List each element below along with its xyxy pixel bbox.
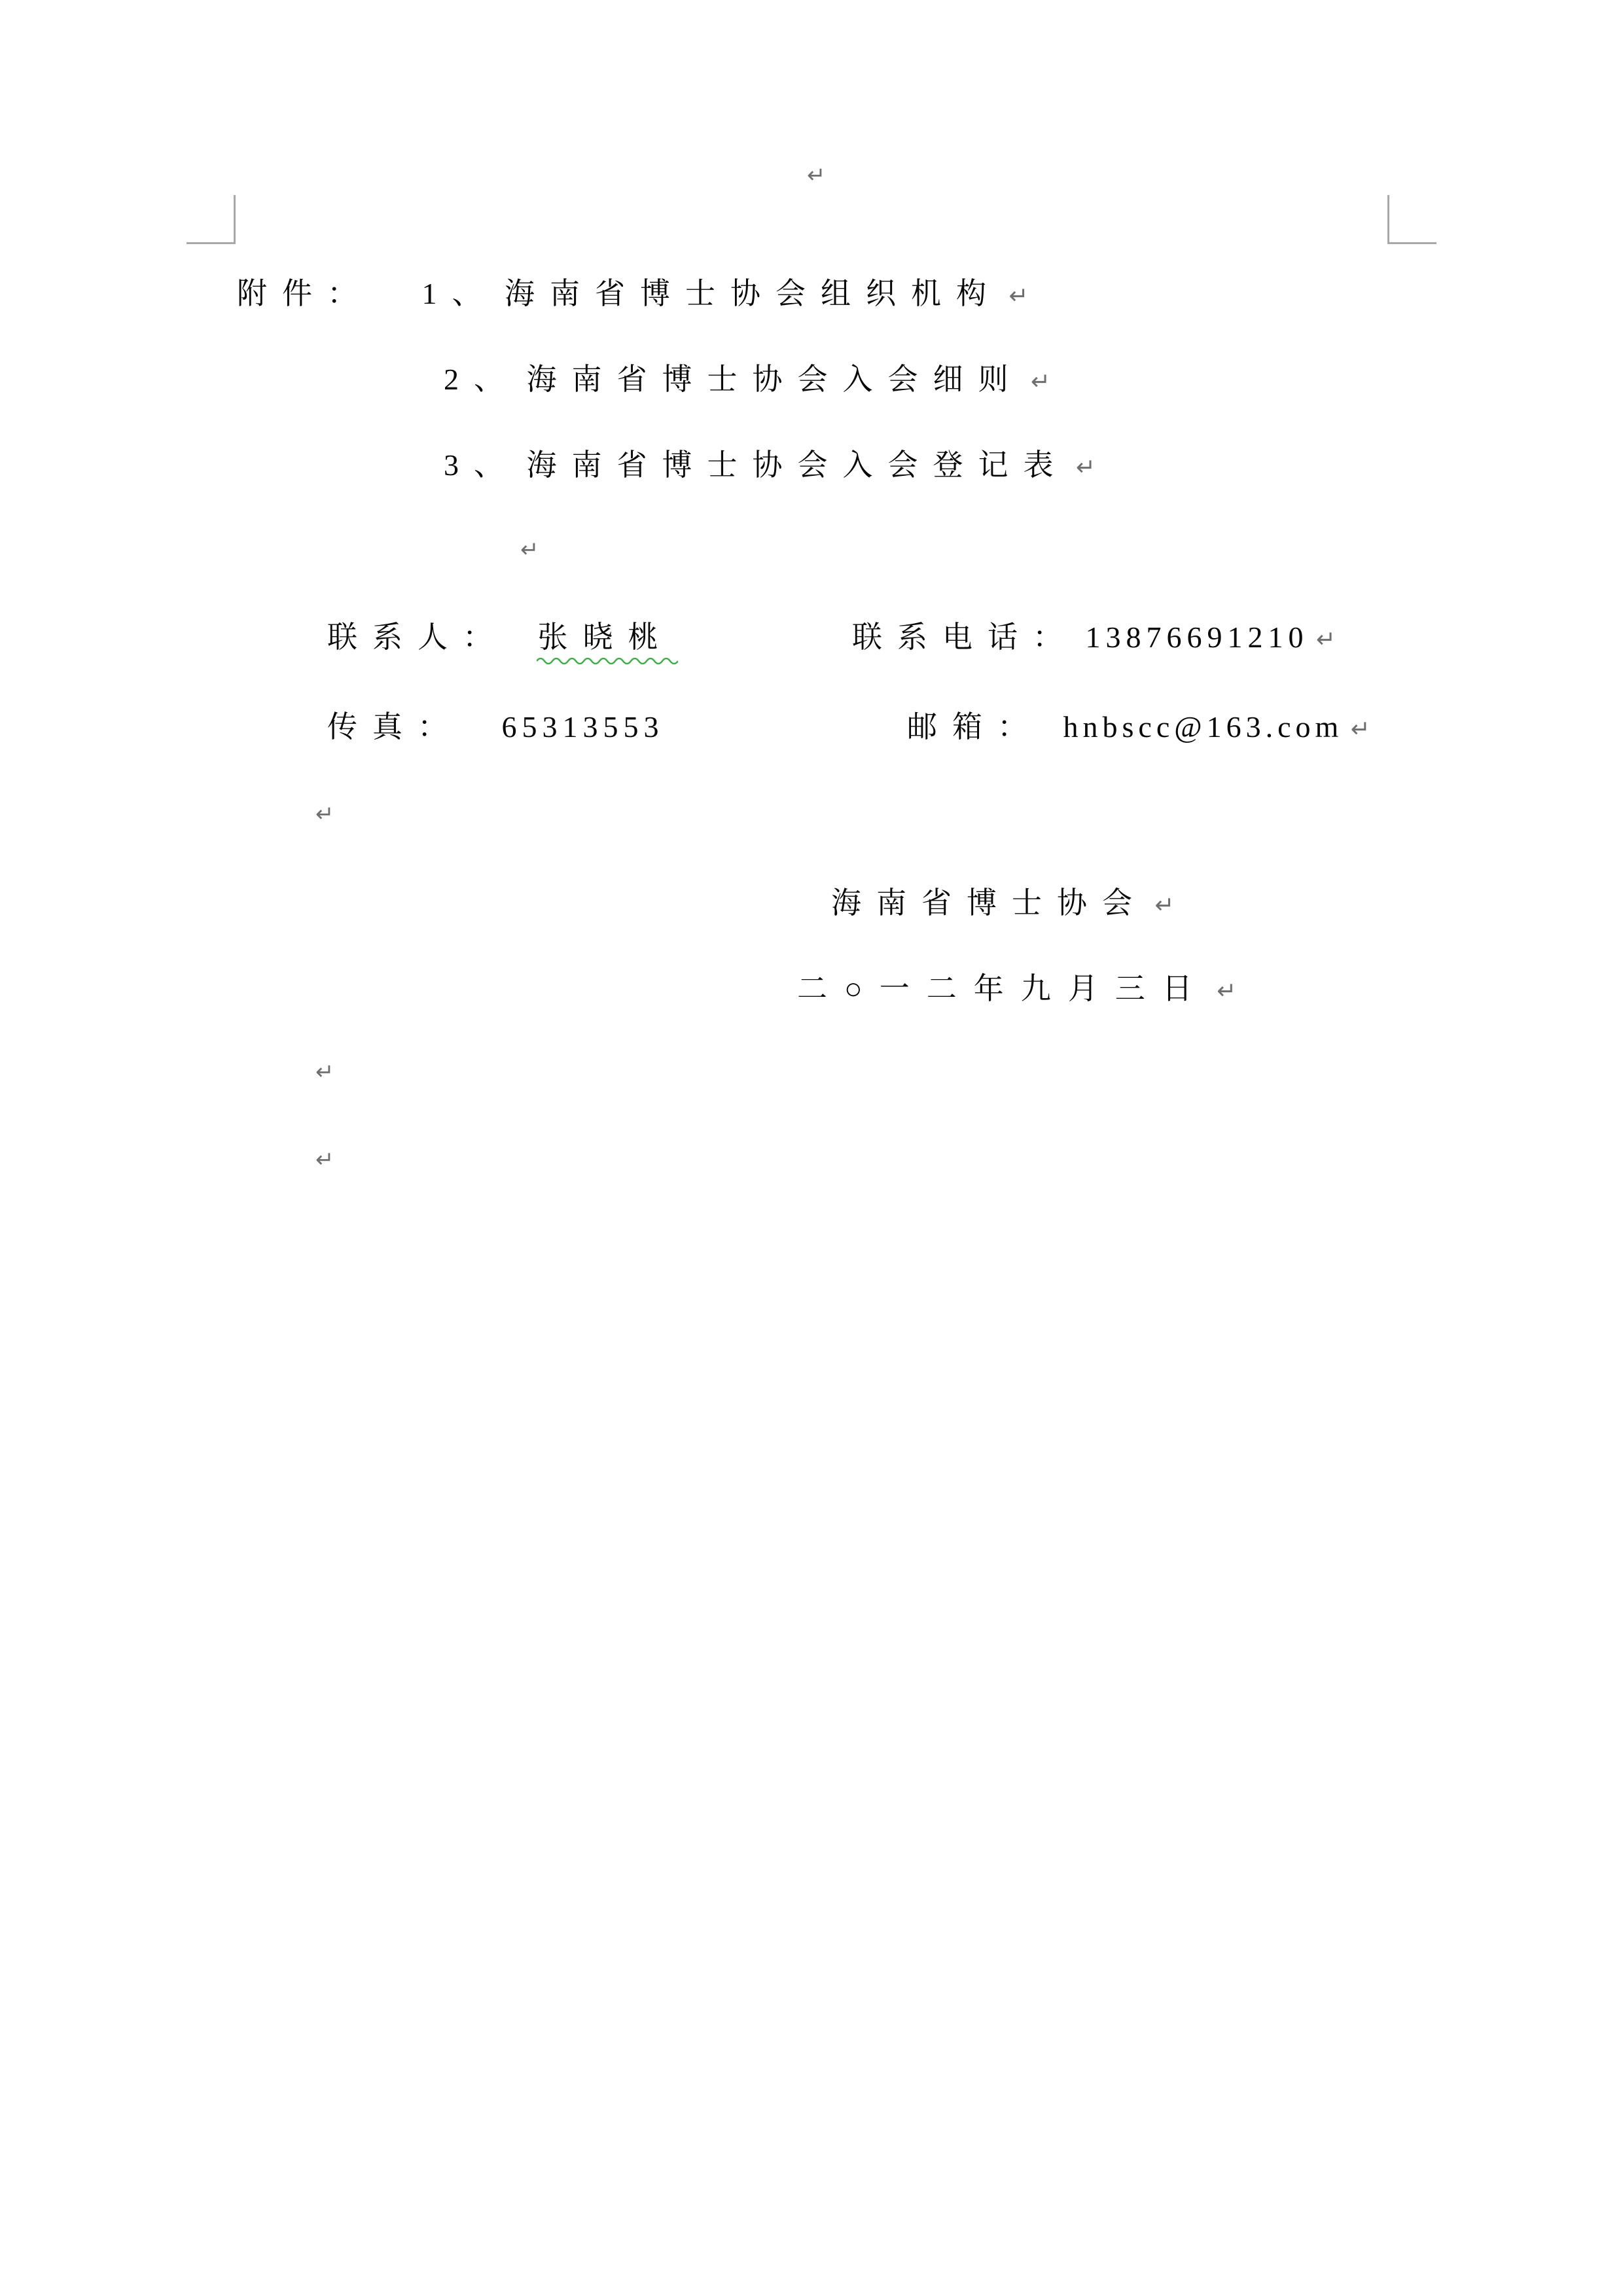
paragraph-mark: ↵ xyxy=(315,801,334,827)
attachments-label: 附件： xyxy=(237,275,372,313)
document-page: ↵ 附件： 1、 海南省博士协会组织机构 ↵ 2、 海南省博士协会入会细则 ↵ … xyxy=(0,0,1623,2296)
attachment-line-1: 附件： 1、 海南省博士协会组织机构 ↵ xyxy=(237,275,1029,315)
attachment-line-2: 2、 海南省博士协会入会细则 ↵ xyxy=(444,361,1050,401)
paragraph-mark: ↵ xyxy=(315,1059,334,1085)
line-break-mark: ↵ xyxy=(1351,716,1370,743)
signature-date-line: 二○一二年九月三日 ↵ xyxy=(797,970,1236,1011)
text-boundary-corner-top-left-icon xyxy=(187,195,236,244)
attachment-item-title: 海南省博士协会入会细则 xyxy=(527,361,1024,399)
contact-line-2: 传真： 65313553 邮箱： hnbscc@163.com ↵ xyxy=(327,708,1370,749)
line-break-mark: ↵ xyxy=(1009,283,1029,310)
paragraph-mark: ↵ xyxy=(315,1147,334,1173)
line-break-mark: ↵ xyxy=(1076,454,1096,481)
paragraph-mark: ↵ xyxy=(807,162,826,188)
contact-fax-number: 65313553 xyxy=(502,708,664,746)
contact-person-label: 联系人： xyxy=(327,619,508,656)
attachment-item-number: 1、 xyxy=(422,275,497,313)
contact-phone-label: 联系电话： xyxy=(852,619,1078,656)
signature-date: 二○一二年九月三日 xyxy=(797,970,1209,1008)
spellcheck-squiggle-underline-icon xyxy=(537,658,678,664)
contact-person-name: 张晓桃 xyxy=(538,619,673,656)
attachment-item-number: 3、 xyxy=(444,446,519,484)
attachment-item-number: 2、 xyxy=(444,361,519,399)
attachment-item-title: 海南省博士协会入会登记表 xyxy=(527,446,1069,484)
contact-line-1: 联系人： 张晓桃 联系电话： 13876691210 ↵ xyxy=(327,619,1336,659)
line-break-mark: ↵ xyxy=(1155,892,1175,919)
contact-email-label: 邮箱： xyxy=(907,708,1043,746)
attachment-line-3: 3、 海南省博士协会入会登记表 ↵ xyxy=(444,446,1096,487)
contact-email-address: hnbscc@163.com xyxy=(1063,708,1344,746)
signature-organization: 海南省博士协会 xyxy=(831,884,1147,922)
contact-phone-number: 13876691210 xyxy=(1086,619,1309,656)
line-break-mark: ↵ xyxy=(1217,978,1236,1005)
line-break-mark: ↵ xyxy=(1031,368,1050,395)
text-boundary-corner-top-right-icon xyxy=(1387,195,1436,244)
paragraph-mark: ↵ xyxy=(520,537,539,563)
attachment-item-title: 海南省博士协会组织机构 xyxy=(505,275,1001,313)
signature-organization-line: 海南省博士协会 ↵ xyxy=(831,884,1175,925)
line-break-mark: ↵ xyxy=(1316,626,1336,653)
contact-person-name-wrap: 张晓桃 xyxy=(538,619,673,656)
contact-fax-label: 传真： xyxy=(327,708,463,746)
